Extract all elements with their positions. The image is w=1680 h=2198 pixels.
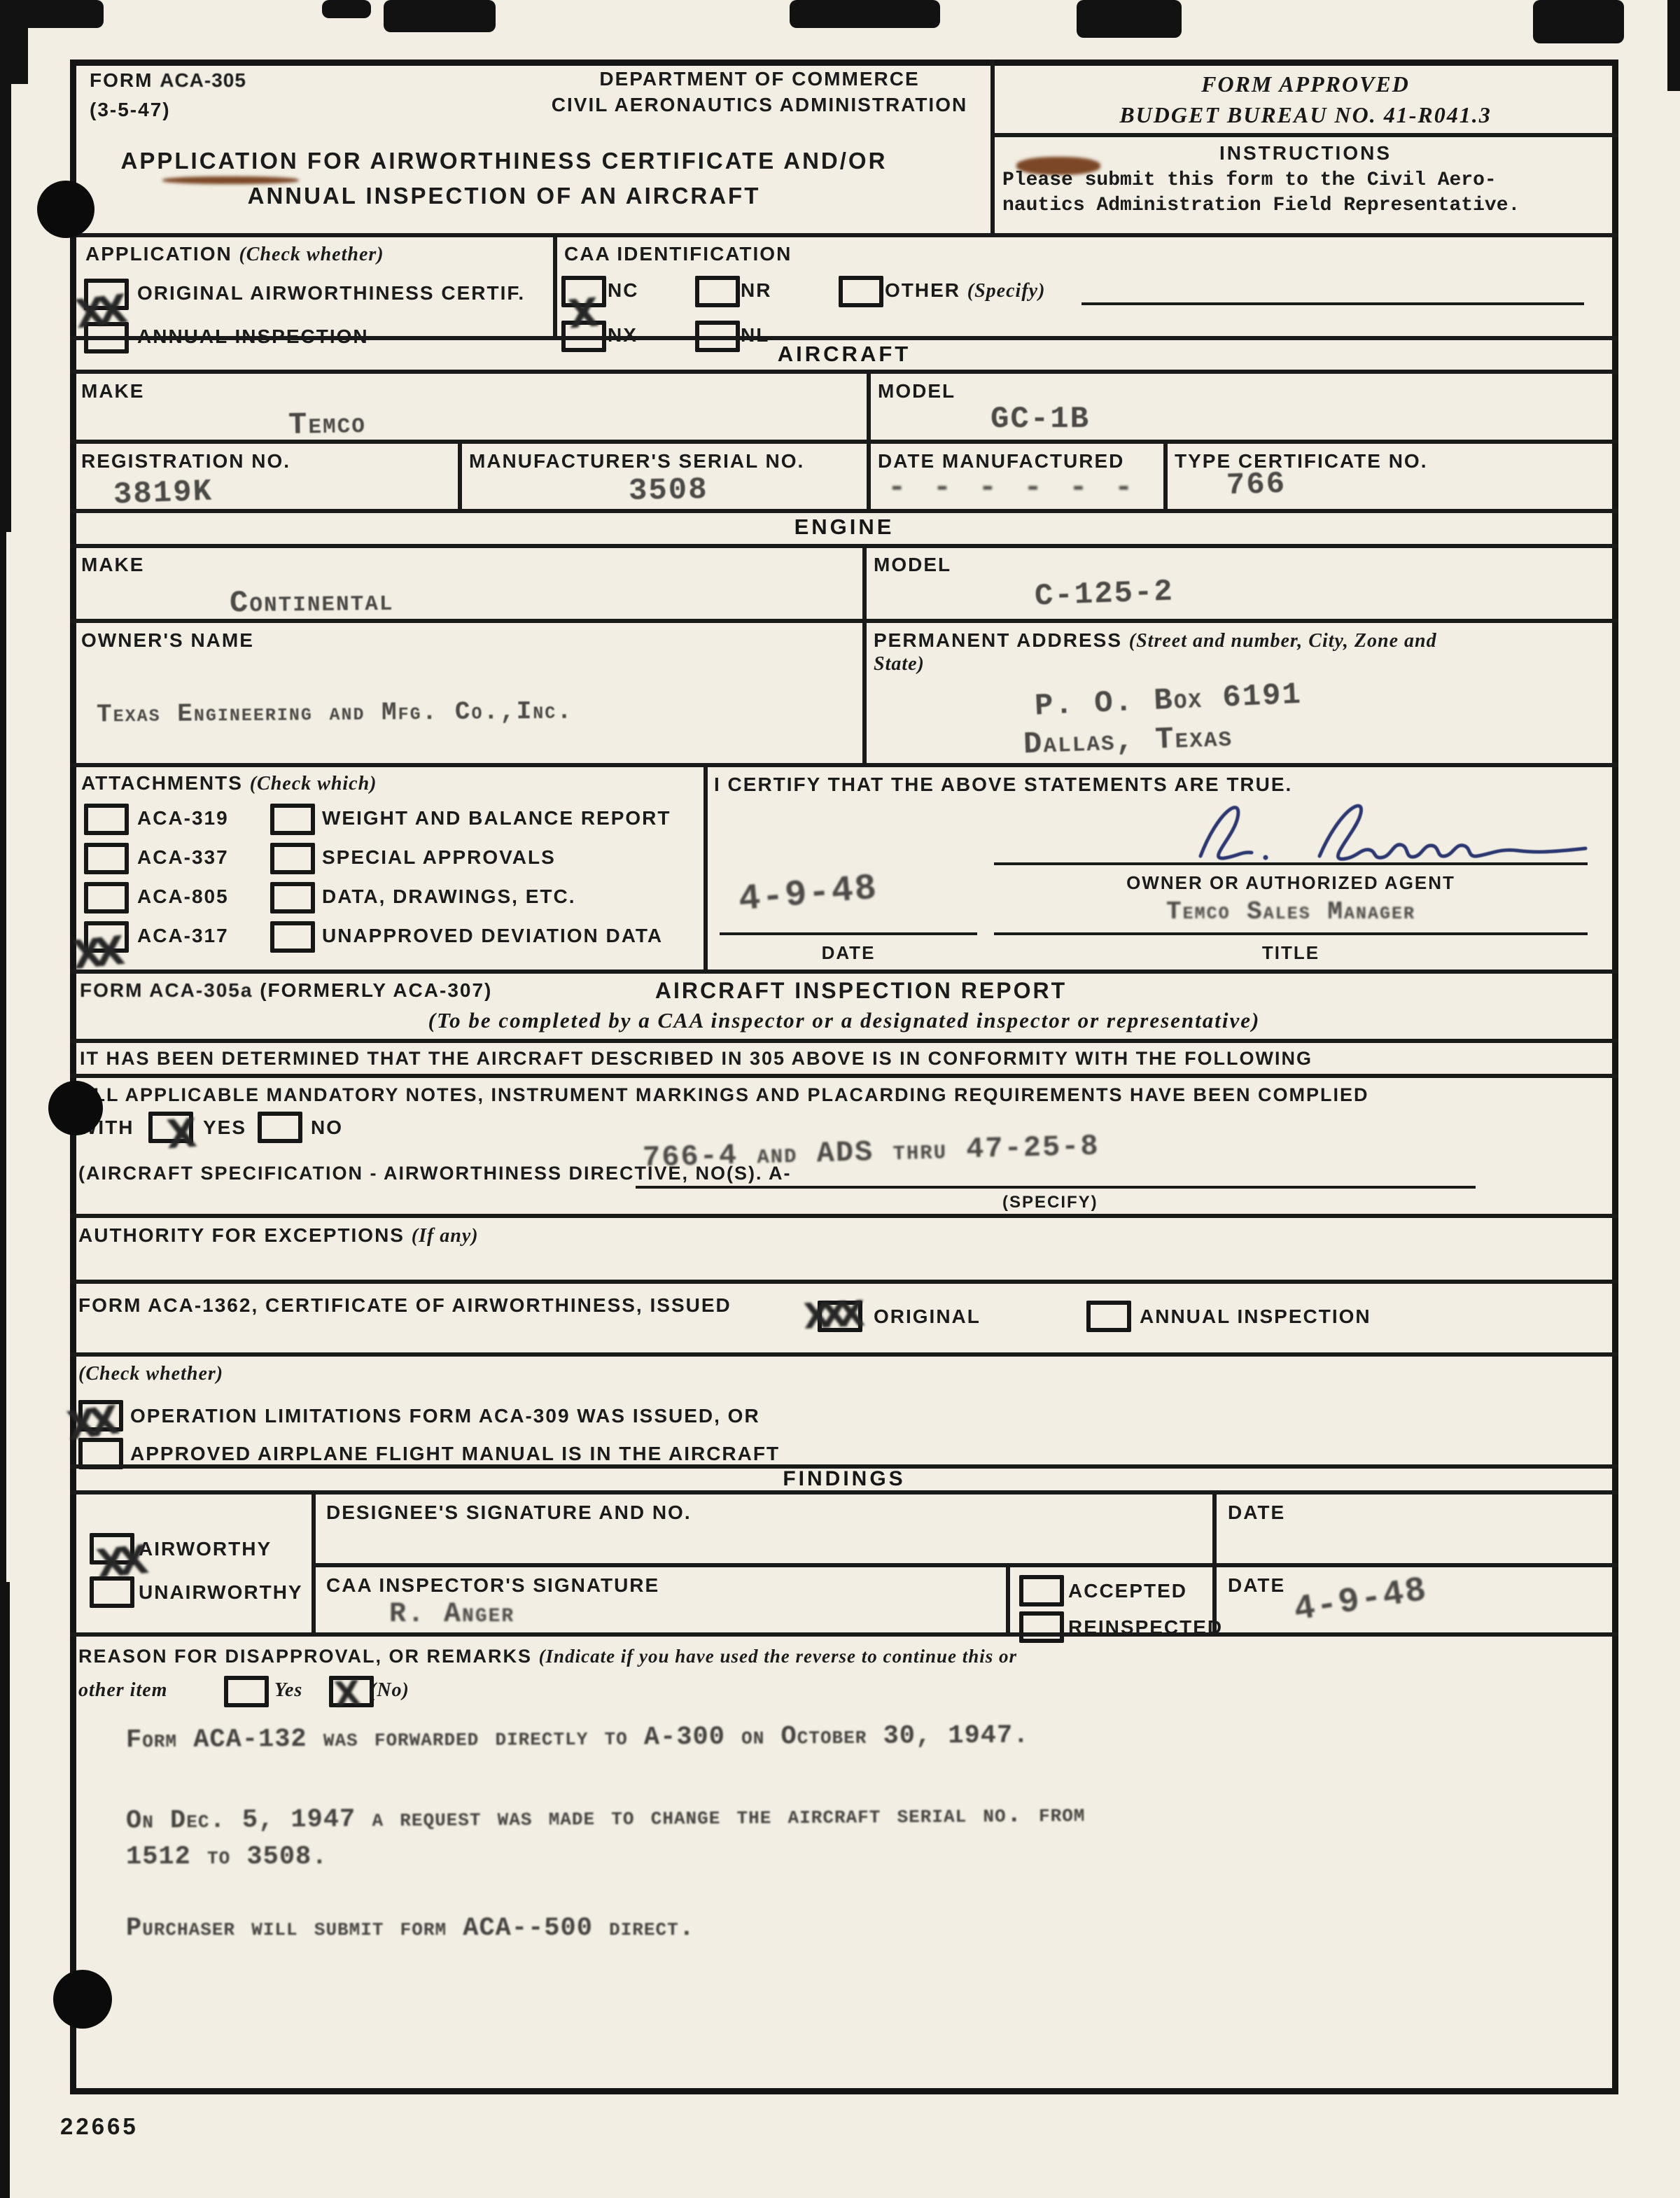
nr-label: NR <box>741 279 771 302</box>
aircraft-model-label: MODEL <box>878 379 955 403</box>
remarks-word: REASON FOR DISAPPROVAL, OR REMARKS <box>78 1646 532 1667</box>
owner-signature-line[interactable] <box>994 862 1588 865</box>
scan-artifact <box>1077 0 1182 38</box>
remark-line-3: 1512 to 3508. <box>126 1842 328 1872</box>
serial-label: MANUFACTURER'S SERIAL NO. <box>469 449 804 473</box>
owner-name-value: Texas Engineering and Mfg. Co.,Inc. <box>97 697 573 729</box>
op-limitations-label: OPERATION LIMITATIONS FORM ACA-309 WAS I… <box>130 1404 760 1428</box>
other-word: OTHER <box>885 279 960 301</box>
findings-section-title: FINDINGS <box>70 1467 1618 1491</box>
aircraft-make-label: MAKE <box>81 379 144 403</box>
form-title-line1: APPLICATION FOR AIRWORTHINESS CERTIFICAT… <box>70 147 938 175</box>
original-airworthiness-label: ORIGINAL AIRWORTHINESS CERTIF. <box>137 281 525 305</box>
reverse-yes-label: Yes <box>274 1679 302 1702</box>
issued-annual-label: ANNUAL INSPECTION <box>1140 1305 1371 1329</box>
address-italic2: State) <box>874 652 925 676</box>
checkbox-aca-337[interactable] <box>84 843 129 874</box>
caa-identification-label: CAA IDENTIFICATION <box>564 242 792 266</box>
aircraft-model-value: GC-1B <box>990 402 1090 437</box>
address-italic1: (Street and number, City, Zone and <box>1129 630 1437 652</box>
address-word: PERMANENT ADDRESS <box>874 629 1122 651</box>
x-stamp-nc: X <box>566 290 601 338</box>
compliance-no-label: NO <box>311 1116 343 1140</box>
inspection-form-number: FORM ACA-305a <box>80 979 253 1001</box>
scan-artifact <box>1667 0 1680 91</box>
scan-artifact <box>0 532 6 1582</box>
data-drawings-label: DATA, DRAWINGS, ETC. <box>322 885 576 909</box>
authority-word: AUTHORITY FOR EXCEPTIONS <box>78 1224 405 1246</box>
certification-date-line[interactable] <box>720 932 977 935</box>
registration-value: 3819K <box>113 475 213 513</box>
engine-model-label: MODEL <box>874 553 951 577</box>
remarks-italic: (Indicate if you have used the reverse t… <box>539 1646 1017 1667</box>
checkbox-unapproved-deviation[interactable] <box>270 921 315 953</box>
scan-artifact <box>384 0 496 32</box>
unairworthy-label: UNAIRWORTHY <box>139 1581 303 1604</box>
x-stamp-compliance-yes: X <box>165 1111 199 1158</box>
application-check-whether: (Check whether) <box>239 244 384 265</box>
type-certificate-value: 766 <box>1226 467 1287 504</box>
owner-name-label: OWNER'S NAME <box>81 629 254 652</box>
scan-artifact <box>790 0 940 28</box>
certification-title-line[interactable] <box>994 932 1588 935</box>
cert-issued-line: FORM ACA-1362, CERTIFICATE OF AIRWORTHIN… <box>78 1294 731 1317</box>
attachments-check-which: (Check which) <box>250 773 377 794</box>
engine-section-title: ENGINE <box>70 514 1618 540</box>
attachments-word: ATTACHMENTS <box>81 772 243 794</box>
budget-bureau-number: BUDGET BUREAU NO. 41-R041.3 <box>994 102 1617 128</box>
checkbox-nr[interactable] <box>695 276 740 307</box>
special-approvals-label: SPECIAL APPROVALS <box>322 846 556 869</box>
aca-337-label: ACA-337 <box>137 846 229 869</box>
serial-value: 3508 <box>629 472 708 509</box>
form-approved-line: FORM APPROVED <box>994 71 1617 97</box>
authority-if-any: (If any) <box>412 1225 479 1247</box>
reverse-no-label: (No) <box>370 1679 409 1702</box>
date-manufactured-label: DATE MANUFACTURED <box>878 449 1124 473</box>
nc-label: NC <box>608 279 638 302</box>
scanned-form-page: FORM ACA-305 (3-5-47) DEPARTMENT OF COMM… <box>0 0 1680 2198</box>
check-whether-label: (Check whether) <box>78 1362 223 1386</box>
owner-agent-label: OWNER OR AUTHORIZED AGENT <box>994 872 1588 894</box>
authority-label: AUTHORITY FOR EXCEPTIONS (If any) <box>78 1224 479 1248</box>
application-label: APPLICATION (Check whether) <box>85 242 384 267</box>
compliance-line: ALL APPLICABLE MANDATORY NOTES, INSTRUME… <box>78 1084 1369 1106</box>
form-word: FORM <box>90 69 153 91</box>
other-label: OTHER (Specify) <box>885 279 1045 303</box>
certification-title-value: Temco Sales Manager <box>994 897 1588 926</box>
form-number: FORM ACA-305 <box>90 69 246 92</box>
registration-label: REGISTRATION NO. <box>81 449 290 473</box>
engine-make-value: Continental <box>230 584 394 621</box>
inspection-report-subtitle: (To be completed by a CAA inspector or a… <box>70 1008 1618 1033</box>
form-revision-date: (3-5-47) <box>90 98 171 122</box>
owner-signature <box>1176 790 1610 874</box>
form-title-line2: ANNUAL INSPECTION OF AN AIRCRAFT <box>70 182 938 210</box>
spec-directive-line-rule[interactable] <box>636 1186 1476 1189</box>
attachments-label: ATTACHMENTS (Check which) <box>81 771 377 796</box>
checkbox-unairworthy[interactable] <box>90 1576 134 1608</box>
flight-manual-label: APPROVED AIRPLANE FLIGHT MANUAL IS IN TH… <box>130 1442 780 1466</box>
instructions-line1: Please submit this form to the Civil Aer… <box>1002 168 1497 193</box>
weight-balance-label: WEIGHT AND BALANCE REPORT <box>322 806 671 830</box>
accepted-label: ACCEPTED <box>1068 1579 1187 1603</box>
scan-artifact <box>0 1582 10 2198</box>
checkbox-data-drawings[interactable] <box>270 882 315 913</box>
instructions-line2: nautics Administration Field Representat… <box>1002 193 1520 218</box>
inspection-report-title: AIRCRAFT INSPECTION REPORT <box>392 977 1330 1004</box>
x-stamp-original-airworthiness: XX <box>73 287 122 337</box>
aircraft-section-title: AIRCRAFT <box>70 342 1618 367</box>
scan-artifact <box>20 0 104 28</box>
checkbox-reinspected[interactable] <box>1019 1611 1064 1643</box>
scan-artifact <box>1533 0 1624 43</box>
other-specify-line[interactable] <box>1081 302 1584 305</box>
inspector-signature-value: R. Anger <box>389 1599 514 1630</box>
determined-line: IT HAS BEEN DETERMINED THAT THE AIRCRAFT… <box>80 1047 1312 1070</box>
checkbox-aca-319[interactable] <box>84 804 129 835</box>
checkbox-other[interactable] <box>839 276 883 307</box>
aca-317-label: ACA-317 <box>137 924 229 948</box>
remarks-label: REASON FOR DISAPPROVAL, OR REMARKS (Indi… <box>78 1645 1017 1667</box>
engine-model-value: C-125-2 <box>1034 575 1174 615</box>
inspector-date-label: DATE <box>1228 1574 1285 1597</box>
checkbox-accepted[interactable] <box>1019 1575 1064 1606</box>
address-line2: Dallas, Texas <box>1023 720 1233 762</box>
checkbox-compliance-no[interactable] <box>258 1112 302 1143</box>
type-certificate-label: TYPE CERTIFICATE NO. <box>1175 449 1428 473</box>
unapproved-deviation-label: UNAPPROVED DEVIATION DATA <box>322 924 663 948</box>
date-manufactured-value: - - - - - - <box>888 470 1137 505</box>
aca-805-label: ACA-805 <box>137 885 229 909</box>
instructions-title: INSTRUCTIONS <box>994 141 1617 165</box>
remarks-other-item: other item <box>78 1679 167 1702</box>
x-stamp-reverse-no: X <box>333 1673 363 1714</box>
punch-hole-top <box>37 181 94 238</box>
scan-artifact <box>322 0 371 18</box>
issued-original-label: ORIGINAL <box>874 1305 981 1329</box>
certification-date-label: DATE <box>720 942 977 964</box>
checkbox-issued-annual[interactable] <box>1086 1301 1131 1332</box>
designee-date-label: DATE <box>1228 1501 1285 1525</box>
form-number-value: ACA-305 <box>160 69 246 91</box>
aca-319-label: ACA-319 <box>137 806 229 830</box>
compliance-yes-label: YES <box>203 1116 246 1140</box>
checkbox-reverse-yes[interactable] <box>224 1676 269 1707</box>
department-line2: CIVIL AERONAUTICS ADMINISTRATION <box>549 93 969 117</box>
certification-title-label: TITLE <box>994 942 1588 964</box>
inspector-signature-label: CAA INSPECTOR'S SIGNATURE <box>326 1574 659 1597</box>
punch-hole-bottom <box>53 1970 112 2029</box>
address-label: PERMANENT ADDRESS (Street and number, Ci… <box>874 629 1437 653</box>
page-stamp-number: 22665 <box>60 2113 139 2141</box>
other-specify: (Specify) <box>967 280 1046 302</box>
x-stamp-issued-original: XXX <box>803 1294 857 1337</box>
checkbox-aca-805[interactable] <box>84 882 129 913</box>
remark-line-1: Form ACA-132 was forwarded directly to A… <box>126 1721 1030 1756</box>
application-word: APPLICATION <box>85 243 232 265</box>
aircraft-make-value: Temco <box>288 407 367 443</box>
remark-line-4: Purchaser will submit form ACA--500 dire… <box>126 1914 695 1943</box>
engine-make-label: MAKE <box>81 553 144 577</box>
punch-hole-middle <box>48 1081 103 1135</box>
department-line1: DEPARTMENT OF COMMERCE <box>549 67 969 91</box>
checkbox-special-approvals[interactable] <box>270 843 315 874</box>
airworthy-label: AIRWORTHY <box>139 1537 272 1561</box>
designee-signature-label: DESIGNEE'S SIGNATURE AND NO. <box>326 1501 692 1525</box>
scan-artifact <box>0 0 11 532</box>
specify-label: (SPECIFY) <box>1002 1193 1098 1213</box>
checkbox-weight-balance[interactable] <box>270 804 315 835</box>
